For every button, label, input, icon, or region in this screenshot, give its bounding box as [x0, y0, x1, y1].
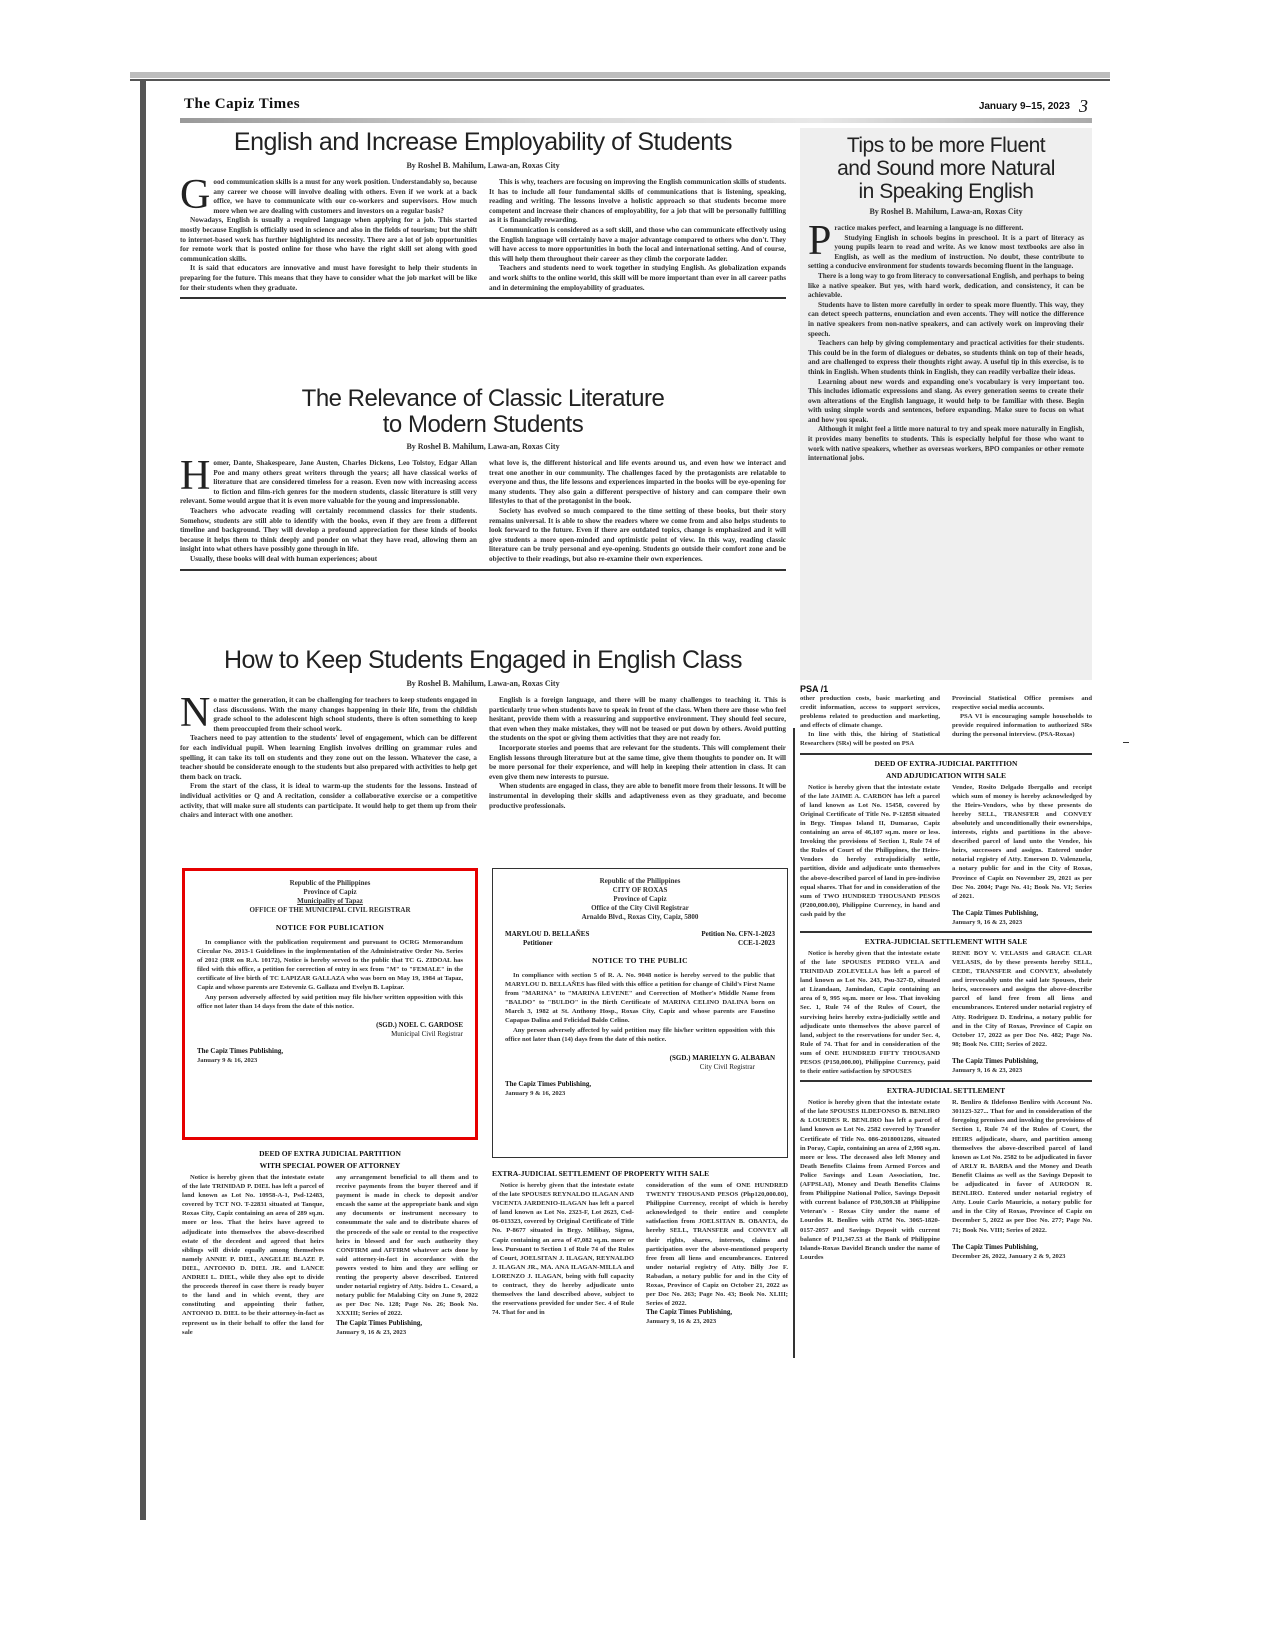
publisher: The Capiz Times Publishing,: [952, 1057, 1092, 1066]
section-divider: [180, 569, 786, 571]
paragraph: R. Benliro & Ildefonso Benliro with Acco…: [952, 1098, 1092, 1234]
signatory-title: City Civil Registrar: [505, 1063, 775, 1072]
article-byline: By Roshel B. Mahilum, Lawa-an, Roxas Cit…: [180, 442, 786, 451]
margin-mark: [1123, 742, 1129, 743]
paragraph: Notice is hereby given that the intestat…: [492, 1181, 634, 1317]
article-column-2: English is a foreign language, and there…: [489, 696, 786, 821]
column-separator: [793, 728, 795, 1358]
notice-header-line: Republic of the Philippines: [197, 879, 463, 888]
publisher: The Capiz Times Publishing,: [336, 1319, 478, 1328]
notice-header-line: OFFICE OF THE MUNICIPAL CIVIL REGISTRAR: [197, 906, 463, 915]
article-classic-literature: The Relevance of Classic Literature to M…: [180, 386, 786, 575]
viewer-top-rule: [130, 79, 1110, 81]
article-byline: By Roshel B. Mahilum, Lawa-an, Roxas Cit…: [808, 207, 1084, 216]
paragraph: consideration of the sum of ONE HUNDRED …: [646, 1181, 788, 1308]
publication-dates: January 9, 16 & 23, 2023: [952, 918, 1092, 927]
publication-dates: January 9, 16 & 23, 2023: [336, 1328, 478, 1337]
paragraph: PSA VI is encouraging sample households …: [952, 712, 1092, 739]
notice-extra-judicial-sale: EXTRA-JUDICIAL SETTLEMENT WITH SALE Noti…: [800, 937, 1092, 1076]
paragraph: RENE BOY V. VELASIS and GRACE CLAR VELAS…: [952, 949, 1092, 1049]
paragraph: There is a long way to go from literacy …: [808, 272, 1084, 301]
article-column-2: what love is, the different historical a…: [489, 459, 786, 565]
article-column-1: N o matter the generation, it can be cha…: [180, 696, 477, 821]
paragraph: From the start of the class, it is ideal…: [180, 782, 477, 820]
article-byline: By Roshel B. Mahilum, Lawa-an, Roxas Cit…: [180, 679, 786, 688]
paragraph: o matter the generation, it can be chall…: [180, 696, 477, 734]
notice-title: EXTRA-JUDICIAL SETTLEMENT WITH SALE: [800, 937, 1092, 946]
article-english-employability: English and Increase Employability of St…: [180, 128, 786, 303]
paragraph: Notice is hereby given that the intestat…: [182, 1173, 324, 1337]
paragraph: Although it might feel a little more nat…: [808, 425, 1084, 463]
paragraph: Teachers can help by giving complementar…: [808, 339, 1084, 377]
paragraph: In compliance with the publication requi…: [197, 938, 463, 993]
article-title: The Relevance of Classic Literature to M…: [180, 386, 786, 438]
publisher: The Capiz Times Publishing,: [505, 1080, 775, 1089]
newspaper-logo: The Capiz Times: [184, 96, 300, 113]
notice-header-line: Office of the City Civil Registrar: [505, 904, 775, 913]
notice-header-line: CITY OF ROXAS: [505, 886, 775, 895]
article-title: How to Keep Students Engaged in English …: [180, 646, 786, 675]
petition-number: Petition No. CFN-1-2023: [701, 930, 775, 939]
paragraph: Students have to listen more carefully i…: [808, 301, 1084, 339]
psa-label: PSA /1: [800, 684, 1092, 694]
section-divider: [800, 753, 1092, 755]
publication-dates: January 9 & 16, 2023: [505, 1089, 775, 1098]
publisher: The Capiz Times Publishing,: [197, 1047, 463, 1056]
paragraph: ood communication skills is a must for a…: [180, 178, 477, 216]
notice-title: AND ADJUDICATION WITH SALE: [800, 771, 1092, 780]
paragraph: omer, Dante, Shakespeare, Jane Austen, C…: [180, 459, 477, 507]
notice-header-line: Municipality of Tapaz: [197, 897, 463, 906]
drop-cap: G: [180, 178, 210, 212]
paragraph: Studying English in schools begins in pr…: [808, 234, 1084, 272]
section-divider: [800, 931, 1092, 933]
sidebar-article-fluency-tips: Tips to be more Fluent and Sound more Na…: [800, 128, 1092, 680]
notice-header-line: Arnaldo Blvd., Roxas City, Capiz, 5800: [505, 913, 775, 922]
psa-continuation: PSA /1 other production costs, basic mar…: [800, 684, 1092, 1262]
drop-cap: N: [180, 696, 210, 730]
notice-title: DEED OF EXTRA-JUDICIAL PARTITION: [800, 759, 1092, 768]
paragraph: Teachers who advocate reading will certa…: [180, 507, 477, 555]
paragraph: Learning about new words and expanding o…: [808, 378, 1084, 426]
notice-for-publication-highlighted[interactable]: Republic of the Philippines Province of …: [182, 868, 478, 1140]
section-divider: [800, 1080, 1092, 1082]
notice-title: EXTRA-JUDICIAL SETTLEMENT: [800, 1086, 1092, 1095]
paragraph: In compliance with section 5 of R. A. No…: [505, 971, 775, 1026]
signatory-name: (SGD.) MARIELYN G. ALBABAN: [505, 1054, 775, 1063]
article-title: English and Increase Employability of St…: [180, 128, 786, 157]
article-title: Tips to be more Fluent and Sound more Na…: [808, 134, 1084, 203]
psa-column-1: other production costs, basic marketing …: [800, 694, 940, 749]
paragraph: Teachers need to pay attention to the st…: [180, 734, 477, 782]
notice-extra-judicial-property-sale: EXTRA-JUDICIAL SETTLEMENT OF PROPERTY WI…: [492, 1166, 788, 1326]
paragraph: When students are engaged in class, they…: [489, 782, 786, 811]
article-column-1: H omer, Dante, Shakespeare, Jane Austen,…: [180, 459, 477, 565]
paragraph: Vendee, Rosito Delgado Ibergallo and rec…: [952, 783, 1092, 901]
psa-column-2: Provincial Statistical Office premises a…: [952, 694, 1092, 749]
notice-header-line: Republic of the Philippines: [505, 877, 775, 886]
section-divider: [180, 297, 786, 299]
title-line: The Relevance of Classic Literature: [302, 385, 665, 412]
notice-title: EXTRA-JUDICIAL SETTLEMENT OF PROPERTY WI…: [492, 1169, 788, 1178]
title-line: and Sound more Natural: [837, 157, 1055, 180]
notice-title: NOTICE FOR PUBLICATION: [197, 923, 463, 932]
notice-header-line: Province of Capiz: [197, 888, 463, 897]
drop-cap: P: [808, 224, 831, 258]
title-line: to Modern Students: [383, 411, 583, 438]
viewer-top-border: [130, 72, 1110, 78]
paragraph: This is why, teachers are focusing on im…: [489, 178, 786, 226]
signatory: (SGD.) NOEL C. GARDOSE Municipal Civil R…: [197, 1021, 463, 1039]
paragraph: Nowadays, English is usually a required …: [180, 216, 477, 264]
paragraph: ractice makes perfect, and learning a la…: [808, 224, 1084, 234]
paragraph: In line with this, the hiring of Statist…: [800, 730, 940, 748]
publisher: The Capiz Times Publishing,: [952, 909, 1092, 918]
paragraph: English is a foreign language, and there…: [489, 696, 786, 744]
publication-dates: January 9, 16 & 23, 2023: [952, 1066, 1092, 1075]
paragraph: Notice is hereby given that the intestat…: [800, 949, 940, 1076]
masthead-rule: [180, 118, 1092, 123]
page-left-shadow: [140, 80, 146, 1520]
petition-number: CCE-1-2023: [701, 939, 775, 948]
paragraph: any arrangement beneficial to all them a…: [336, 1173, 478, 1319]
article-byline: By Roshel B. Mahilum, Lawa-an, Roxas Cit…: [180, 161, 786, 170]
paragraph: It is said that educators are innovative…: [180, 264, 477, 293]
paragraph: Usually, these books will deal with huma…: [180, 555, 477, 565]
paragraph: Any person adversely affected by said pe…: [505, 1026, 775, 1044]
notice-deed-partition-poa: DEED OF EXTRA JUDICIAL PARTITION WITH SP…: [182, 1146, 478, 1337]
petitioner-label: Petitioner: [505, 939, 589, 948]
signatory-title: Municipal Civil Registrar: [197, 1030, 463, 1039]
publisher: The Capiz Times Publishing,: [952, 1243, 1092, 1252]
notice-title: NOTICE TO THE PUBLIC: [505, 956, 775, 965]
masthead: The Capiz Times January 9–15, 2023 3: [180, 96, 1092, 120]
notice-title: DEED OF EXTRA JUDICIAL PARTITION: [182, 1149, 478, 1158]
notice-title: WITH SPECIAL POWER OF ATTORNEY: [182, 1161, 478, 1170]
title-line: Tips to be more Fluent: [847, 134, 1045, 157]
petitioner-name: MARYLOU D. BELLAÑES: [505, 930, 589, 939]
publication-dates: January 9, 16 & 23, 2023: [646, 1317, 788, 1326]
paragraph: other production costs, basic marketing …: [800, 694, 940, 730]
paragraph: Any person adversely affected by said pe…: [197, 993, 463, 1011]
paragraph: Teachers and students need to work toget…: [489, 264, 786, 293]
article-column-2: This is why, teachers are focusing on im…: [489, 178, 786, 293]
paragraph: Society has evolved so much compared to …: [489, 507, 786, 565]
paragraph: Provincial Statistical Office premises a…: [952, 694, 1092, 712]
paragraph: Communication is considered as a soft sk…: [489, 226, 786, 264]
article-students-engaged: How to Keep Students Engaged in English …: [180, 646, 786, 821]
petition-info: MARYLOU D. BELLAÑES Petitioner Petition …: [505, 930, 775, 948]
notice-deed-partition-sale: DEED OF EXTRA-JUDICIAL PARTITION AND ADJ…: [800, 759, 1092, 927]
page-number: 3: [1079, 96, 1088, 117]
signatory-name: (SGD.) NOEL C. GARDOSE: [197, 1021, 463, 1030]
paragraph: Notice is hereby given that the intestat…: [800, 783, 940, 919]
drop-cap: H: [180, 459, 210, 493]
article-column-1: G ood communication skills is a must for…: [180, 178, 477, 293]
publisher: The Capiz Times Publishing,: [646, 1308, 788, 1317]
signatory: (SGD.) MARIELYN G. ALBABAN City Civil Re…: [505, 1054, 775, 1072]
paragraph: Incorporate stories and poems that are r…: [489, 744, 786, 782]
paragraph: Notice is hereby given that the intestat…: [800, 1098, 940, 1262]
notice-extra-judicial-settlement: EXTRA-JUDICIAL SETTLEMENT Notice is here…: [800, 1086, 1092, 1262]
title-line: in Speaking English: [859, 180, 1034, 203]
publication-dates: January 9 & 16, 2023: [197, 1056, 463, 1065]
notice-to-the-public: Republic of the Philippines CITY OF ROXA…: [492, 868, 788, 1158]
notice-header-line: Province of Capiz: [505, 895, 775, 904]
issue-date: January 9–15, 2023: [979, 101, 1070, 112]
publication-dates: December 26, 2022, January 2 & 9, 2023: [952, 1252, 1092, 1261]
paragraph: what love is, the different historical a…: [489, 459, 786, 507]
